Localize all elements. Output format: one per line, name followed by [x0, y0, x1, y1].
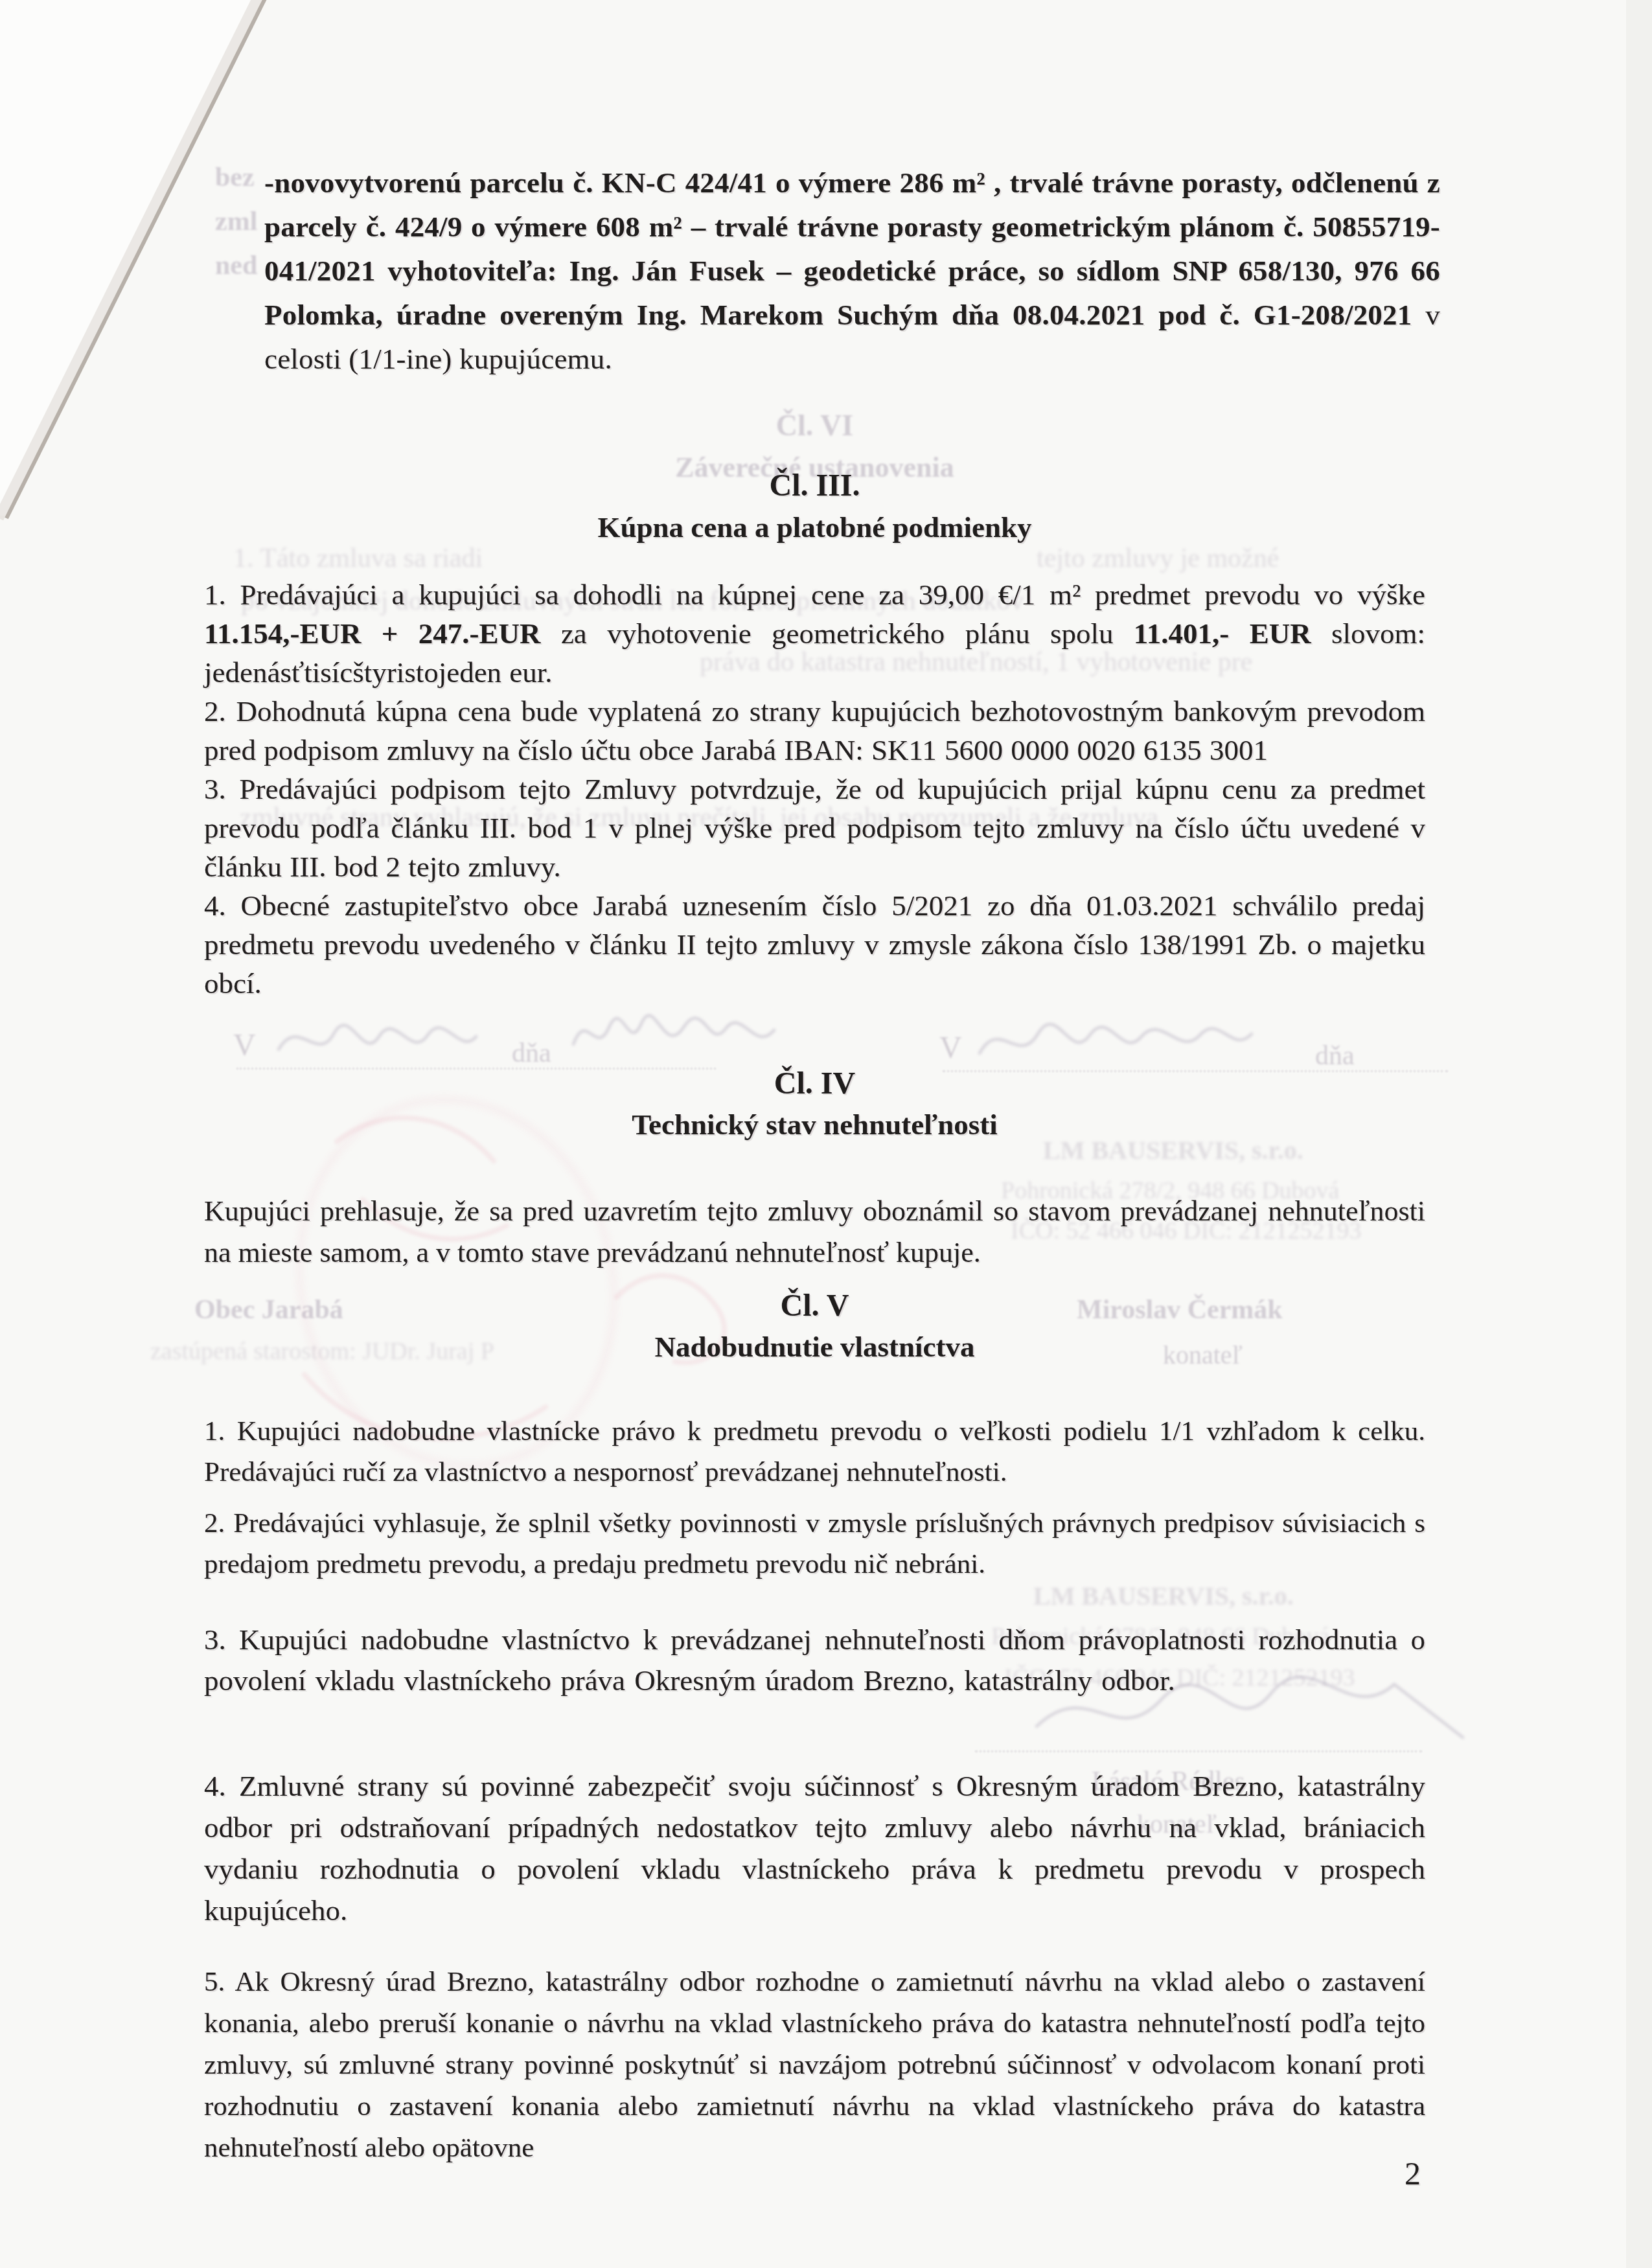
article-iii-point-3: 3. Predávajúci podpisom tejto Zmluvy pot…: [204, 770, 1425, 886]
article-iii-point-1: 1. Predávajúci a kupujúci sa dohodli na …: [204, 575, 1425, 692]
article-iii-body: 1. Predávajúci a kupujúci sa dohodli na …: [204, 575, 1425, 1003]
ghost-dna-left: dňa: [512, 1038, 551, 1069]
article-iii-heading: Čl. III.: [204, 468, 1425, 503]
point-1-price-bold-2: 11.401,- EUR: [1134, 617, 1311, 650]
article-iv-subheading: Technický stav nehnuteľnosti: [204, 1108, 1425, 1141]
intro-paragraph: -novovytvorenú parcelu č. KN-C 424/41 o …: [264, 161, 1440, 381]
article-v-point-2: 2. Predávajúci vyhlasuje, že splnil všet…: [204, 1503, 1425, 1585]
page-number: 2: [1405, 2155, 1421, 2192]
point-1-price-bold-1: 11.154,-EUR + 247.-EUR: [204, 617, 541, 650]
ghost-signature-line: [975, 1750, 1422, 1752]
ghost-v-right: V: [939, 1030, 962, 1066]
article-iii-point-4: 4. Obecné zastupiteľstvo obce Jarabá uzn…: [204, 886, 1425, 1003]
ghost-company-name-lower: LM BAUSERVIS, s.r.o.: [1033, 1581, 1294, 1611]
article-v-heading: Čl. V: [204, 1288, 1425, 1323]
article-v-subheading: Nadobudnutie vlastníctva: [204, 1330, 1425, 1364]
ghost-article-vi-heading: Čl. VI: [204, 408, 1425, 442]
article-v-point-4: 4. Zmluvné strany sú povinné zabezpečiť …: [204, 1765, 1425, 1931]
ghost-fragment-3: ned: [215, 250, 257, 281]
intro-paragraph-bold-text: -novovytvorenú parcelu č. KN-C 424/41 o …: [264, 166, 1440, 331]
article-iii-subheading: Kúpna cena a platobné podmienky: [204, 510, 1425, 544]
document-page: bez zml ned Čl. VI Záverečné ustanovenia…: [0, 0, 1652, 2268]
article-iv-paragraph: Kupujúci prehlasuje, že sa pred uzavretí…: [204, 1191, 1425, 1274]
ghost-fragment-2: zml: [215, 206, 257, 237]
ghost-v-left: V: [233, 1027, 256, 1063]
article-v-point-1: 1. Kupujúci nadobudne vlastnícke právo k…: [204, 1411, 1425, 1493]
article-iv-heading: Čl. IV: [204, 1066, 1425, 1101]
article-iii-point-2: 2. Dohodnutá kúpna cena bude vyplatená z…: [204, 692, 1425, 770]
ghost-line-1b: tejto zmluvy je možné: [1037, 543, 1279, 574]
point-1-text-pre: 1. Predávajúci a kupujúci sa dohodli na …: [204, 578, 1425, 611]
article-v-point-3: 3. Kupujúci nadobudne vlastníctvo k prev…: [204, 1620, 1425, 1701]
ghost-line-1a: 1. Táto zmluva sa riadi: [233, 543, 483, 574]
point-1-text-mid: za vyhotovenie geometrického plánu spolu: [541, 617, 1134, 650]
ghost-fragment-1: bez: [215, 162, 255, 193]
article-v-point-5: 5. Ak Okresný úrad Brezno, katastrálny o…: [204, 1962, 1425, 2169]
